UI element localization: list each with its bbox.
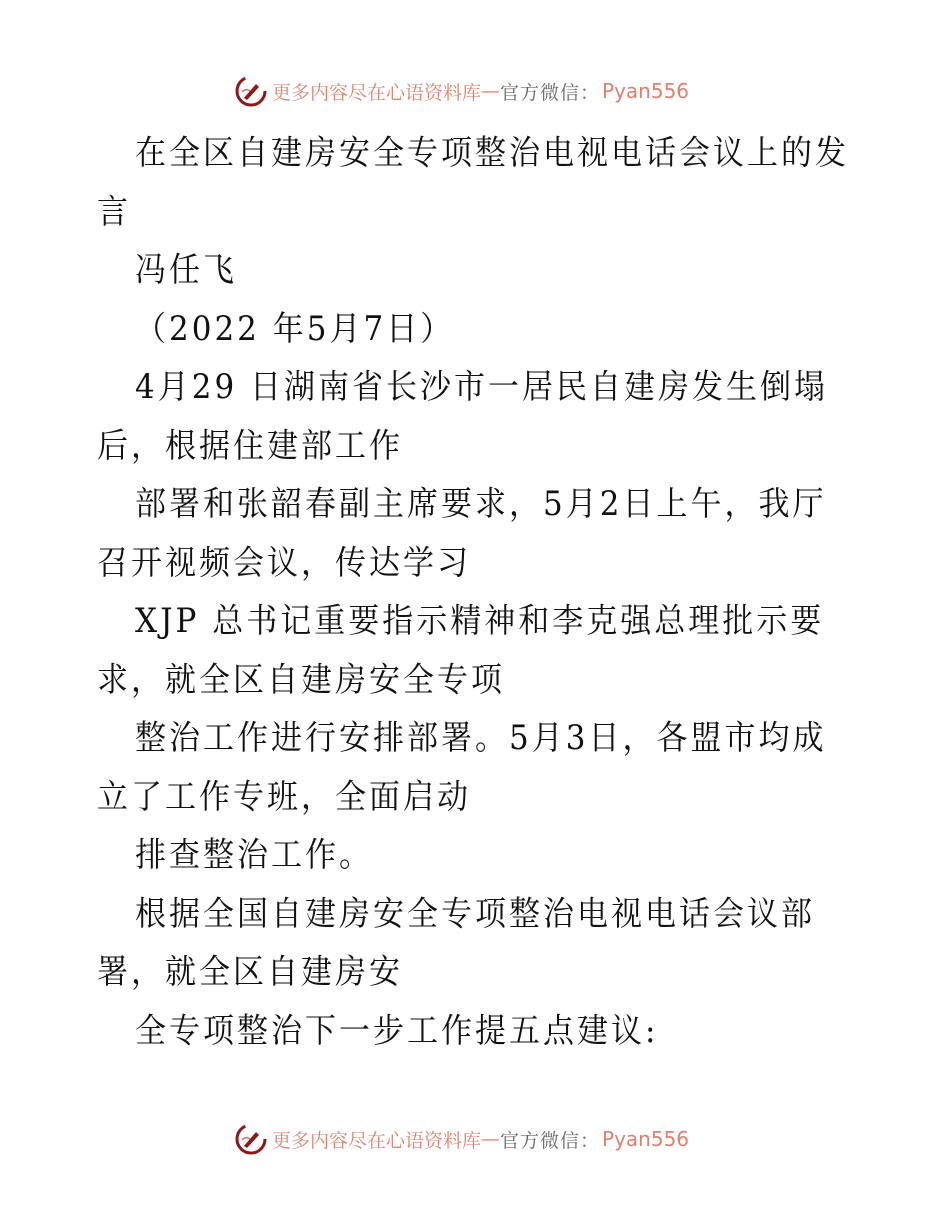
date: （2022 年5月7日）: [97, 297, 857, 360]
watermark-brand-text: 更多内容尽在心语资料库: [272, 78, 481, 105]
paragraph-line: 署，就全区自建房安: [97, 941, 857, 1004]
author: 冯任飞: [97, 239, 857, 302]
quill-logo-icon: [234, 1122, 268, 1156]
paragraph-line: 整治工作进行安排部署。5月3日，各盟市均成: [97, 707, 857, 770]
paragraph-line: 根据全国自建房安全专项整治电视电话会议部: [97, 882, 857, 945]
header-watermark: 更多内容尽在心语资料库 — 官方微信： Pyan556: [234, 72, 689, 110]
watermark-dash: —: [481, 1128, 500, 1150]
document-body: 在全区自建房安全专项整治电视电话会议上的发 言 冯任飞 （2022 年5月7日）…: [97, 124, 857, 1060]
watermark-wechat-id: Pyan556: [602, 1127, 689, 1151]
paragraph-line: 求，就全区自建房安全专项: [97, 648, 857, 711]
watermark-label: 官方微信：: [500, 78, 600, 105]
watermark-brand-text: 更多内容尽在心语资料库: [272, 1126, 481, 1153]
title-line-2: 言: [97, 180, 857, 243]
paragraph-line: 排查整治工作。: [97, 824, 857, 887]
watermark-wechat-id: Pyan556: [602, 79, 689, 103]
paragraph-line: 召开视频会议，传达学习: [97, 531, 857, 594]
quill-logo-icon: [234, 74, 268, 108]
title-line-1: 在全区自建房安全专项整治电视电话会议上的发: [97, 122, 857, 185]
paragraph-line: 4月29 日湖南省长沙市一居民自建房发生倒塌: [97, 356, 857, 419]
watermark-dash: —: [481, 80, 500, 102]
footer-watermark: 更多内容尽在心语资料库 — 官方微信： Pyan556: [234, 1120, 689, 1158]
paragraph-line: 立了工作专班，全面启动: [97, 765, 857, 828]
watermark-label: 官方微信：: [500, 1126, 600, 1153]
paragraph-line: 部署和张韶春副主席要求，5月2日上午，我厅: [97, 473, 857, 536]
paragraph-line: XJP 总书记重要指示精神和李克强总理批示要: [97, 590, 857, 653]
paragraph-line: 全专项整治下一步工作提五点建议:: [97, 999, 857, 1062]
paragraph-line: 后，根据住建部工作: [97, 414, 857, 477]
